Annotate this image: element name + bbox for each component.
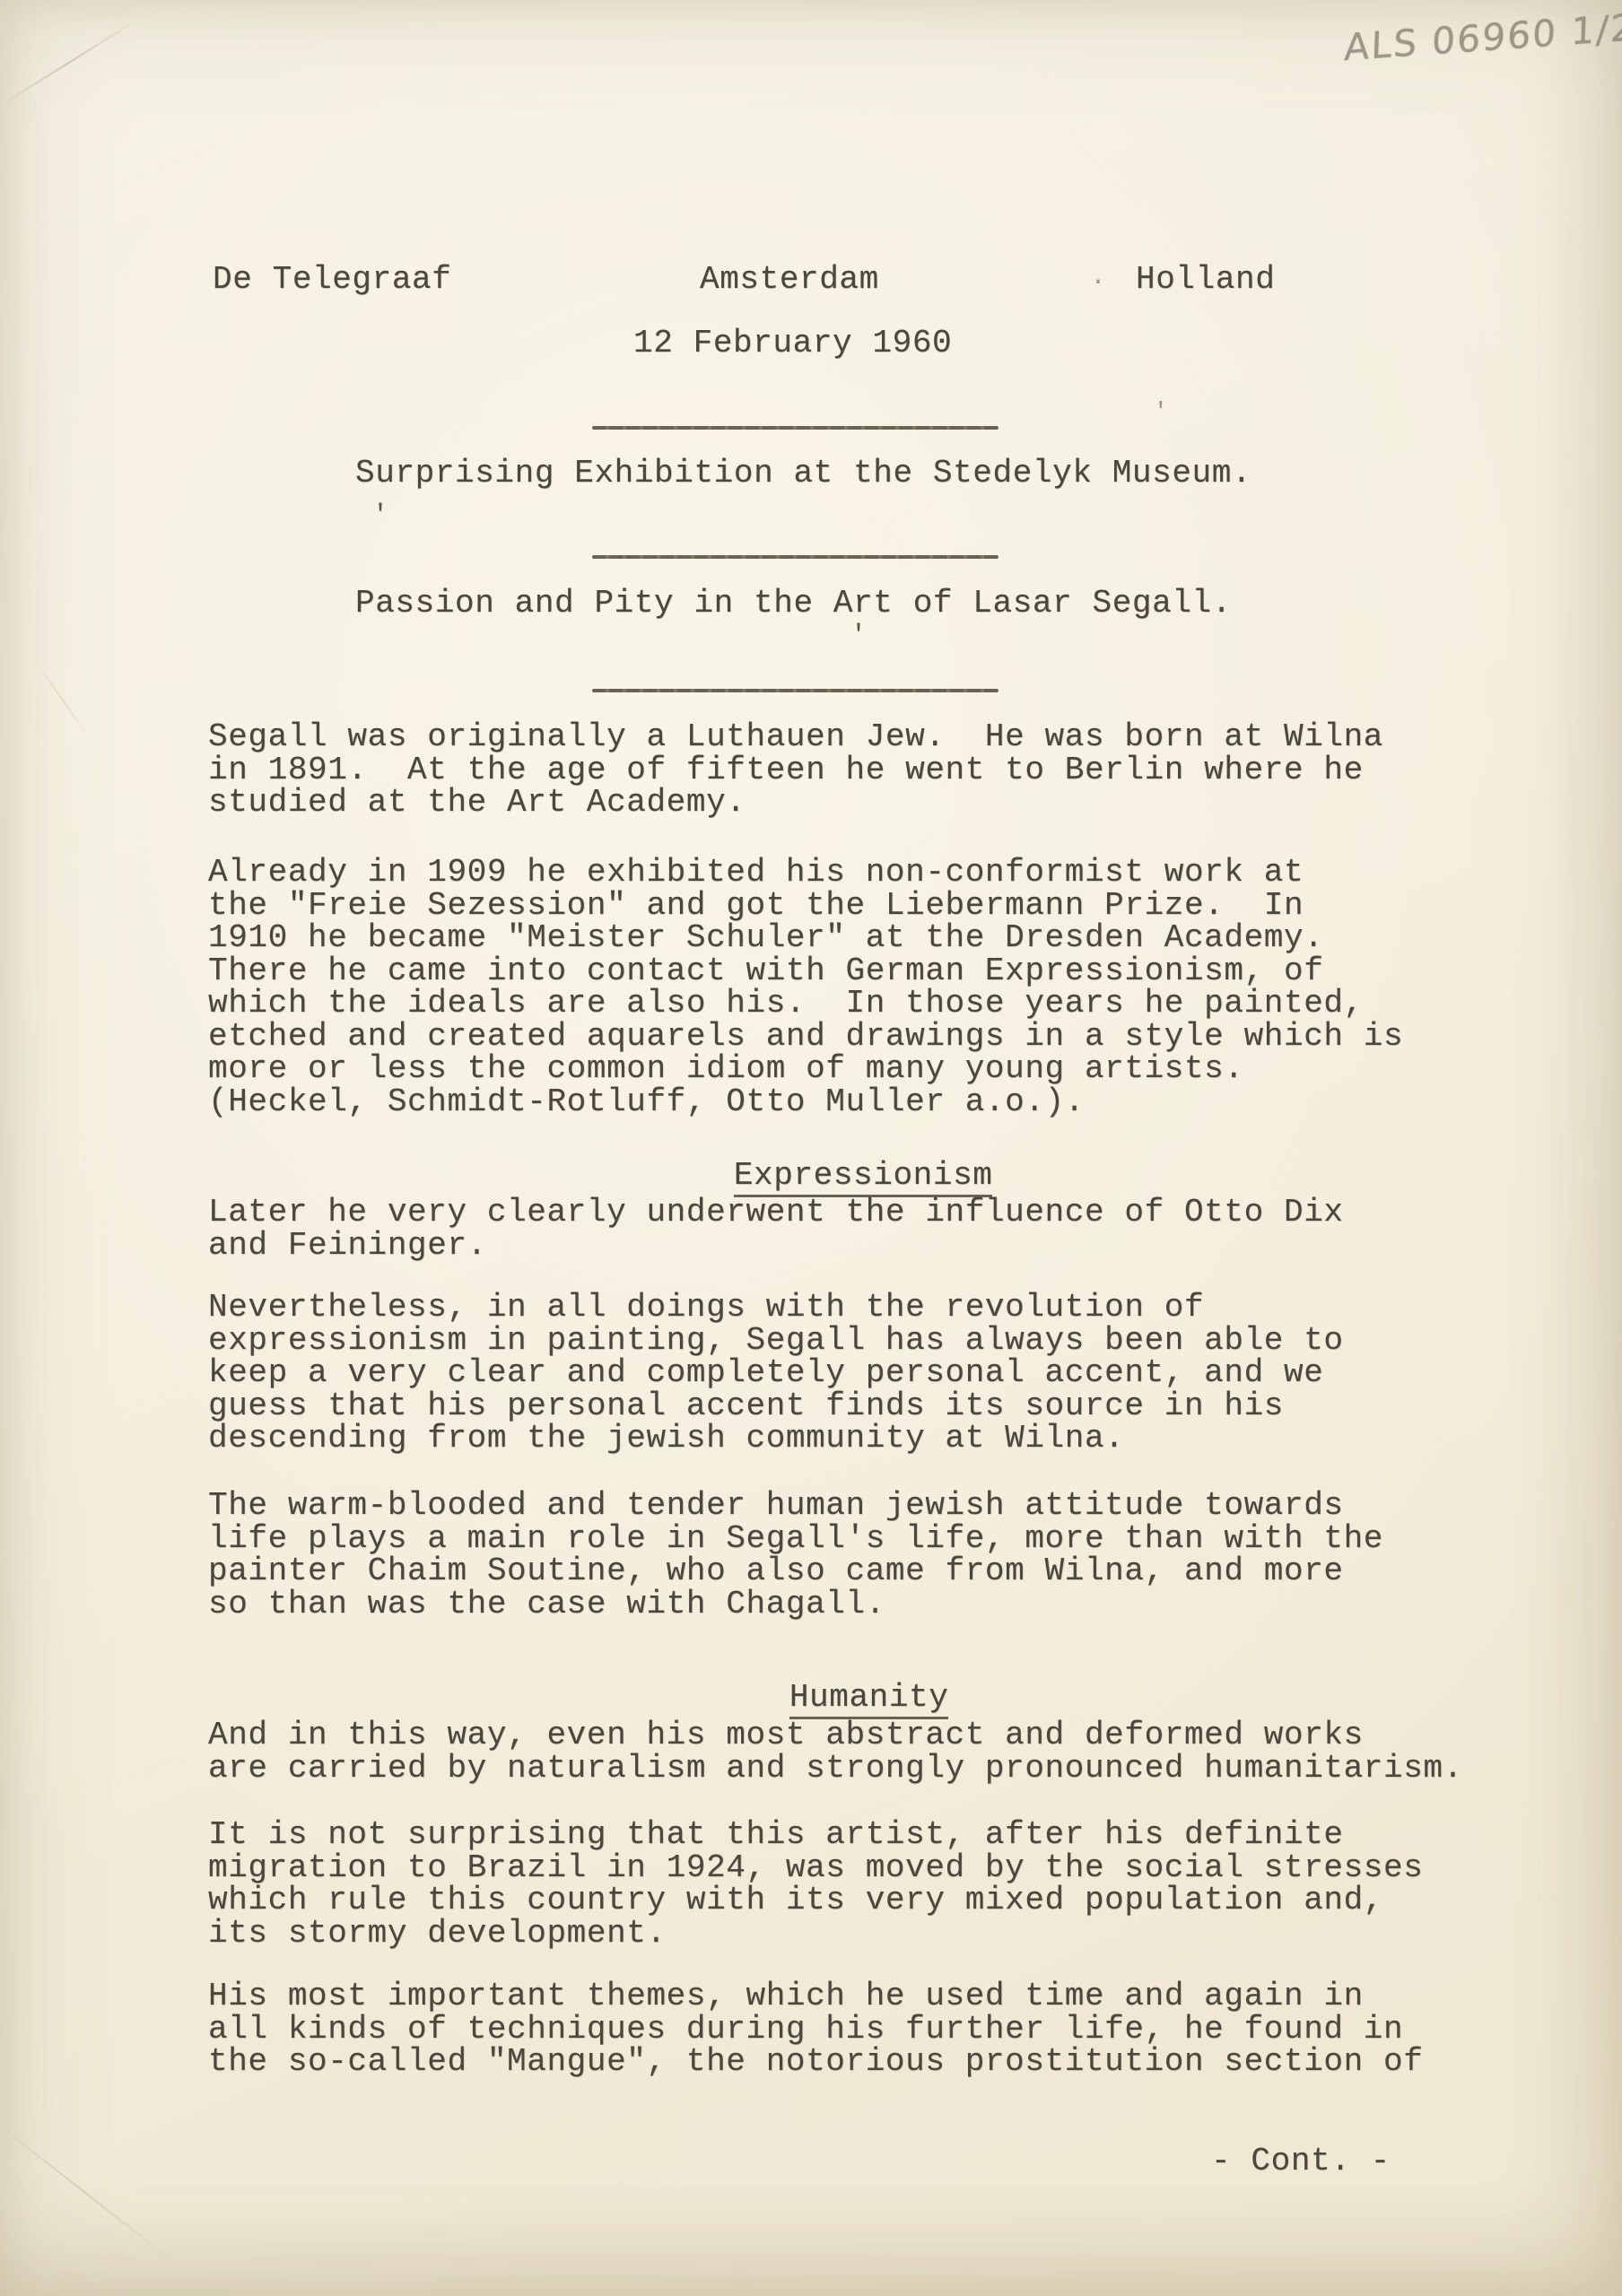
publication-country: Holland: [1136, 264, 1275, 297]
section-heading-text: Humanity: [789, 1682, 949, 1720]
paragraph-themes: His most important themes, which he used…: [208, 1980, 1423, 2079]
crease-mark: [31, 656, 94, 744]
stray-mark: ': [850, 621, 867, 651]
paragraph-brazil: It is not surprising that this artist, a…: [208, 1819, 1423, 1950]
divider-rule-middle: [592, 555, 998, 559]
article-date: 12 February 1960: [633, 327, 952, 361]
paragraph-personal-accent: Nevertheless, in all doings with the rev…: [208, 1291, 1344, 1456]
continuation-mark: - Cont. -: [1211, 2145, 1391, 2179]
paragraph-influences: Later he very clearly underwent the infl…: [208, 1196, 1344, 1262]
paragraph-naturalism: And in this way, even his most abstract …: [208, 1719, 1463, 1785]
stray-mark: ': [1154, 398, 1168, 425]
crease-mark: [0, 18, 140, 109]
divider-rule-top: [592, 426, 998, 430]
archive-number-handwritten: ALS 06960 1/2: [1344, 6, 1622, 70]
scanned-document-page: ALS 06960 1/2 De Telegraaf Amsterdam Hol…: [0, 0, 1622, 2296]
stray-mark: .: [1090, 262, 1106, 292]
crease-mark: [0, 2117, 173, 2262]
stray-mark: ': [372, 500, 388, 531]
paragraph-biography: Segall was originally a Luthauen Jew. He…: [208, 721, 1383, 820]
divider-rule-bottom: [592, 689, 998, 692]
article-subtitle: Passion and Pity in the Art of Lasar Seg…: [355, 587, 1232, 621]
article-title: Surprising Exhibition at the Stedelyk Mu…: [355, 457, 1251, 491]
paragraph-jewish-attitude: The warm-blooded and tender human jewish…: [208, 1490, 1383, 1621]
publication-city: Amsterdam: [700, 264, 879, 297]
publication-name: De Telegraaf: [213, 264, 451, 297]
section-heading-text: Expressionism: [734, 1160, 993, 1198]
paragraph-early-career: Already in 1909 he exhibited his non-con…: [208, 857, 1403, 1118]
